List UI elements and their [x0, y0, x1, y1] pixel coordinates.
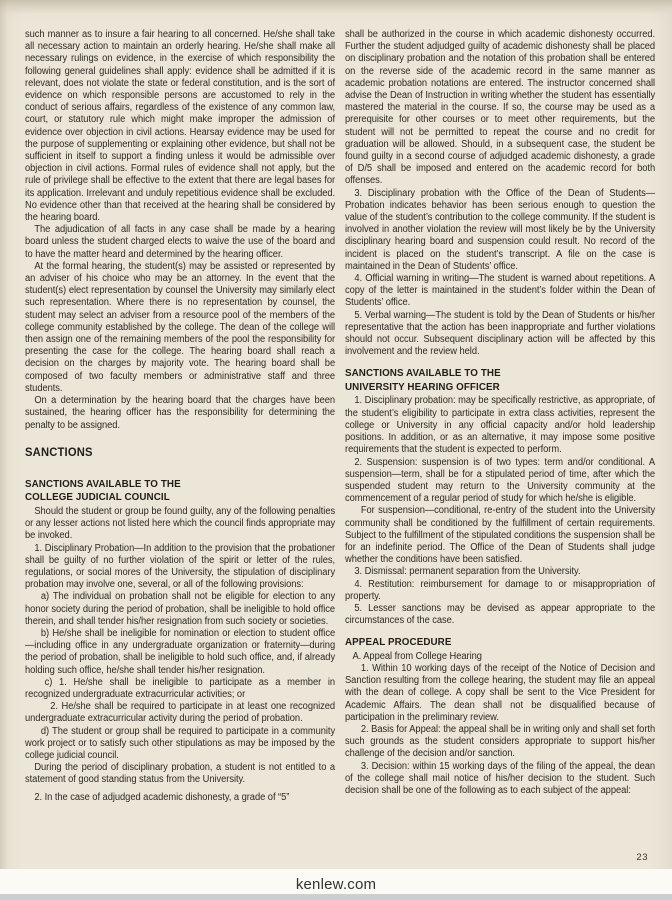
page-number: 23: [636, 852, 648, 863]
list-item-numbered: 2. Basis for Appeal: the appeal shall be…: [345, 724, 655, 761]
list-item-numbered: 2. Suspension: suspension is of two type…: [345, 457, 655, 506]
list-item-lettered: b) He/she shall be ineligible for nomina…: [25, 628, 335, 677]
list-item-lettered: c) 1. He/she shall be ineligible to part…: [25, 677, 335, 701]
paragraph: At the formal hearing, the student(s) ma…: [25, 261, 335, 395]
left-column: such manner as to insure a fair hearing …: [25, 29, 335, 804]
paragraph: Should the student or group be found gui…: [25, 506, 335, 543]
right-column: shall be authorized in the course in whi…: [345, 29, 655, 797]
list-item-numbered: 1. Within 10 working days of the receipt…: [345, 663, 655, 724]
list-item-numbered: 4. Restitution: reimbursement for damage…: [345, 579, 655, 603]
list-item-numbered: 3. Decision: within 15 working days of t…: [345, 761, 655, 798]
watermark: kenlew.com: [296, 876, 376, 893]
list-item-numbered: 2. He/she shall be required to participa…: [25, 701, 335, 725]
paragraph: shall be authorized in the course in whi…: [345, 29, 655, 188]
subsection-heading-college-judicial-council: SANCTIONS AVAILABLE TO THE COLLEGE JUDIC…: [25, 478, 335, 505]
section-heading-sanctions: SANCTIONS: [25, 446, 335, 458]
subsection-heading-university-hearing-officer: SANCTIONS AVAILABLE TO THE UNIVERSITY HE…: [345, 367, 655, 394]
paragraph: For suspension—conditional, re-entry of …: [345, 505, 655, 566]
list-item-numbered: 3. Disciplinary probation with the Offic…: [345, 188, 655, 273]
paragraph: such manner as to insure a fair hearing …: [25, 29, 335, 224]
scan-shadow-left: [0, 0, 8, 900]
list-item-lettered: a) The individual on probation shall not…: [25, 591, 335, 628]
list-item-lettered: A. Appeal from College Hearing: [345, 651, 655, 663]
scan-shadow-top: [0, 0, 672, 14]
scanned-document-page: such manner as to insure a fair hearing …: [0, 0, 672, 900]
list-item-numbered: 3. Dismissal: permanent separation from …: [345, 566, 655, 578]
list-item-numbered: 5. Verbal warning—The student is told by…: [345, 310, 655, 359]
paragraph: The adjudication of all facts in any cas…: [25, 224, 335, 261]
list-item-numbered: 1. Disciplinary Probation—In addition to…: [25, 543, 335, 592]
paragraph: During the period of disciplinary probat…: [25, 762, 335, 786]
list-item-numbered: 5. Lesser sanctions may be devised as ap…: [345, 603, 655, 627]
scan-shadow-bottom: [0, 894, 672, 900]
list-item-lettered: d) The student or group shall be require…: [25, 726, 335, 763]
list-item-numbered: 2. In the case of adjudged academic dish…: [25, 792, 335, 804]
list-item-numbered: 4. Official warning in writing—The stude…: [345, 273, 655, 310]
subsection-heading-appeal-procedure: APPEAL PROCEDURE: [345, 636, 655, 650]
list-item-numbered: 1. Disciplinary probation: may be specif…: [345, 395, 655, 456]
paragraph: On a determination by the hearing board …: [25, 395, 335, 432]
